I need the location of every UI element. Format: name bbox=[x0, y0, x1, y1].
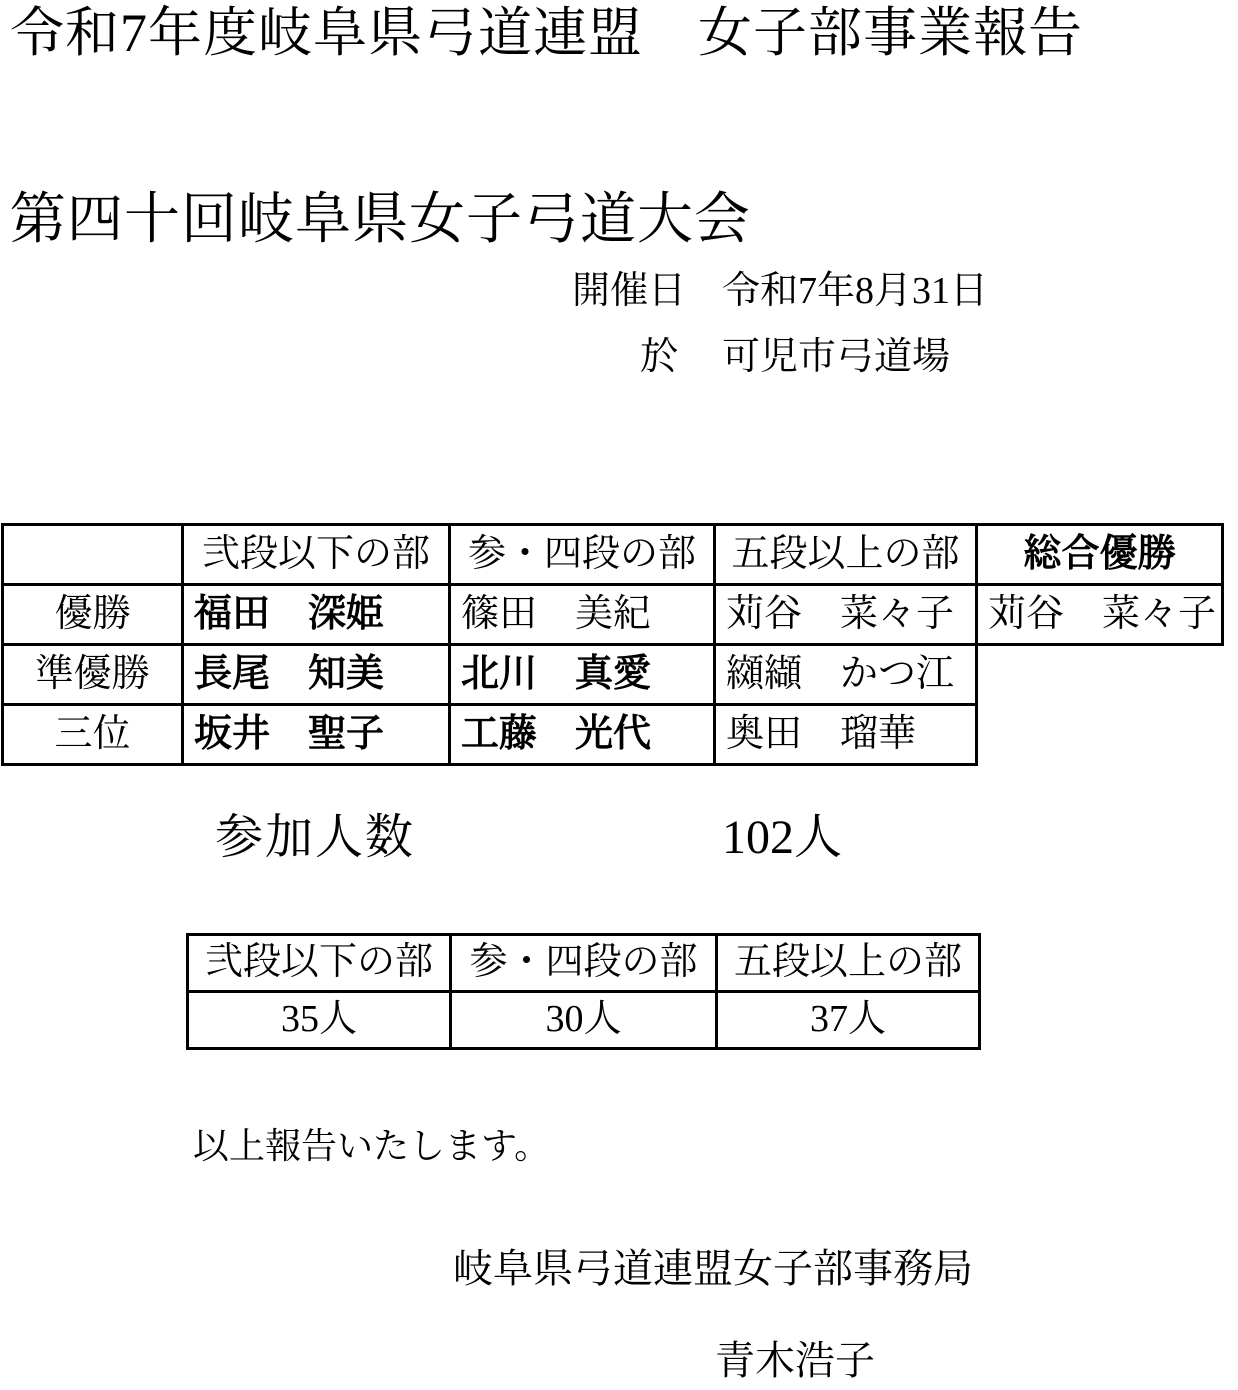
participants-count-godan: 37人 bbox=[717, 992, 980, 1049]
empty-cell bbox=[977, 705, 1223, 765]
rank-cell: 三位 bbox=[3, 705, 183, 765]
participants-header-row: 弐段以下の部 参・四段の部 五段以上の部 bbox=[188, 935, 980, 992]
winner-name-cell: 工藤 光代 bbox=[450, 705, 715, 765]
results-header-empty-cell bbox=[3, 525, 183, 585]
results-header-godan: 五段以上の部 bbox=[715, 525, 977, 585]
participants-label: 参加人数 bbox=[215, 810, 415, 865]
winner-name-cell: 福田 深姫 bbox=[183, 585, 450, 645]
closing-note: 以上報告いたします。 bbox=[193, 1126, 550, 1167]
report-page: { "page": { "title": "令和7年度岐阜県弓道連盟 女子部事業… bbox=[0, 0, 1238, 1390]
document-title: 令和7年度岐阜県弓道連盟 女子部事業報告 bbox=[10, 2, 1083, 64]
results-row-first-place: 優勝 福田 深姫 篠田 美紀 苅谷 菜々子 苅谷 菜々子 bbox=[3, 585, 1223, 645]
results-header-row: 弐段以下の部 参・四段の部 五段以上の部 総合優勝 bbox=[3, 525, 1223, 585]
winner-name-cell: 長尾 知美 bbox=[183, 645, 450, 705]
participants-table-container: 弐段以下の部 参・四段の部 五段以上の部 35人 30人 37人 bbox=[186, 933, 981, 1050]
participants-header-san-yondan: 参・四段の部 bbox=[451, 935, 717, 992]
results-header-san-yondan: 参・四段の部 bbox=[450, 525, 715, 585]
participants-value-row: 35人 30人 37人 bbox=[188, 992, 980, 1049]
results-header-nidan: 弐段以下の部 bbox=[183, 525, 450, 585]
results-header-overall: 総合優勝 bbox=[977, 525, 1223, 585]
rank-cell: 準優勝 bbox=[3, 645, 183, 705]
office-name: 岐阜県弓道連盟女子部事務局 bbox=[453, 1246, 973, 1292]
winner-name-cell: 苅谷 菜々子 bbox=[715, 585, 977, 645]
participants-header-godan: 五段以上の部 bbox=[717, 935, 980, 992]
winner-name-cell: 奥田 瑠華 bbox=[715, 705, 977, 765]
participants-count-san-yondan: 30人 bbox=[451, 992, 717, 1049]
empty-cell bbox=[977, 645, 1223, 705]
winner-name-cell: 纐纈 かつ江 bbox=[715, 645, 977, 705]
results-row-second-place: 準優勝 長尾 知美 北川 真愛 纐纈 かつ江 bbox=[3, 645, 1223, 705]
signatory-name: 青木浩子 bbox=[715, 1338, 875, 1384]
event-heading: 第四十回岐阜県女子弓道大会 bbox=[10, 188, 751, 252]
overall-winner-name-cell: 苅谷 菜々子 bbox=[977, 585, 1223, 645]
event-date-label: 開催日 bbox=[572, 270, 686, 314]
results-row-third-place: 三位 坂井 聖子 工藤 光代 奥田 瑠華 bbox=[3, 705, 1223, 765]
venue-label: 於 bbox=[640, 336, 678, 380]
results-table: 弐段以下の部 参・四段の部 五段以上の部 総合優勝 優勝 福田 深姫 篠田 美紀… bbox=[1, 523, 1224, 766]
participants-table: 弐段以下の部 参・四段の部 五段以上の部 35人 30人 37人 bbox=[186, 933, 981, 1050]
venue-value: 可児市弓道場 bbox=[722, 336, 950, 380]
rank-cell: 優勝 bbox=[3, 585, 183, 645]
event-date-value: 令和7年8月31日 bbox=[722, 270, 988, 314]
winner-name-cell: 坂井 聖子 bbox=[183, 705, 450, 765]
participants-count-nidan: 35人 bbox=[188, 992, 451, 1049]
winner-name-cell: 北川 真愛 bbox=[450, 645, 715, 705]
participants-header-nidan: 弐段以下の部 bbox=[188, 935, 451, 992]
winner-name-cell: 篠田 美紀 bbox=[450, 585, 715, 645]
results-table-container: 弐段以下の部 参・四段の部 五段以上の部 総合優勝 優勝 福田 深姫 篠田 美紀… bbox=[1, 523, 1224, 766]
participants-total: 102人 bbox=[722, 810, 842, 865]
